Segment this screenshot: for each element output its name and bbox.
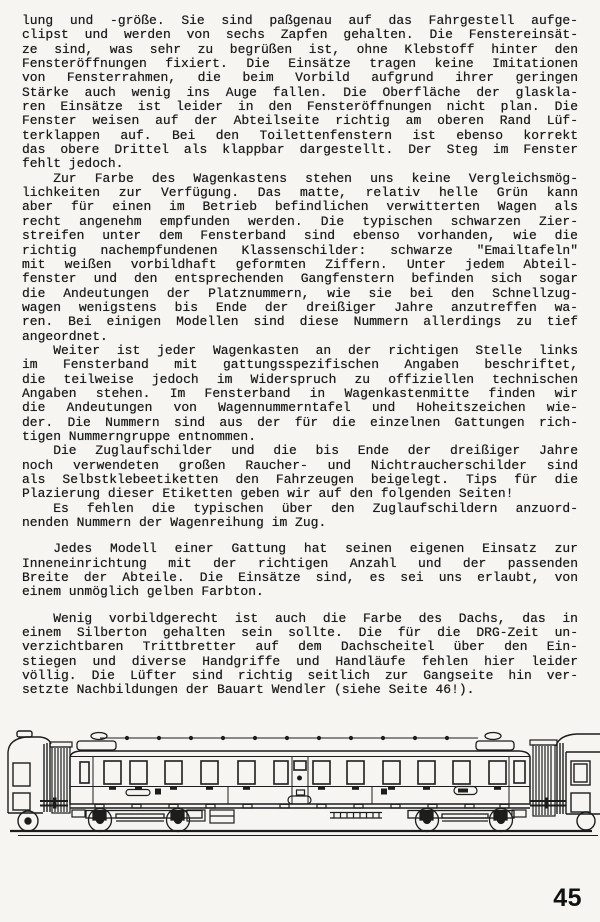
coach-windows [80, 761, 525, 784]
text-line: Fensteröffnungen fixiert. Die Einsätze t… [22, 57, 578, 71]
text-line: einem unmöglich gelben Farbton. [22, 585, 578, 599]
text-line: lichkeiten zur Verfügung. Das matte, rel… [22, 186, 578, 200]
page-number: 45 [553, 886, 582, 911]
body-text: lung und -größe. Sie sind paßgenau auf d… [22, 14, 578, 698]
text-line: fehlt jedoch. [22, 157, 578, 171]
text-line: nenden Nummern der Wagenreihung im Zug. [22, 516, 578, 530]
paragraph: Die Zuglaufschilder und die bis Ende der… [22, 444, 578, 501]
text-line: Breite der Abteile. Die Einsätze sind, e… [22, 571, 578, 585]
text-line: Angaben stehen. Im Fensterband in Wagenk… [22, 387, 578, 401]
text-line: das obere Drittel als klappbar dargestel… [22, 143, 578, 157]
text-line: fenster und den entsprechenden Gangfenst… [22, 272, 578, 286]
paragraph: Weiter ist jeder Wagenkasten an der rich… [22, 344, 578, 444]
text-line: die Andeutungen der Platznummern, wie si… [22, 287, 578, 301]
text-line: Es fehlen die typischen über den Zuglauf… [22, 502, 578, 516]
text-line: Weiter ist jeder Wagenkasten an der rich… [22, 344, 578, 358]
text-line: tigen Nummerngruppe entnommen. [22, 430, 578, 444]
paragraph: Es fehlen die typischen über den Zuglauf… [22, 502, 578, 531]
text-line: stiegen und diverse Handgriffe und Handl… [22, 655, 578, 669]
text-line: als Selbstklebeetiketten den Fahrzeugen … [22, 473, 578, 487]
text-line: Wenig vorbildgerecht ist auch die Farbe … [22, 612, 578, 626]
text-line: terklappen auf. Bei den Toilettenfenster… [22, 129, 578, 143]
paragraph: Jedes Modell einer Gattung hat seinen ei… [22, 542, 578, 599]
coach-drawing-figure [0, 716, 600, 846]
text-line: wagen wenigstens bis Ende der dreißiger … [22, 301, 578, 315]
text-line: clipst und werden von sechs Zapfen gehal… [22, 28, 578, 42]
text-line: streifen unter dem Fensterband sind eben… [22, 229, 578, 243]
text-line: Fenster weisen auf der Abteilseite richt… [22, 114, 578, 128]
text-line: von Fensterrahmen, die beim Vorbild aufg… [22, 71, 578, 85]
text-line: Inneneinrichtung mit der richtigen Anzah… [22, 557, 578, 571]
text-line: ze sind, was sehr zu begrüßen ist, ohne … [22, 43, 578, 57]
adjacent-coach-right [556, 734, 600, 830]
text-line: Zur Farbe des Wagenkastens stehen uns ke… [22, 172, 578, 186]
right-bogie [408, 809, 514, 832]
text-line: einem Silberton gehalten sein sollte. Di… [22, 626, 578, 640]
paragraph: Wenig vorbildgerecht ist auch die Farbe … [22, 612, 578, 698]
paragraph: Zur Farbe des Wagenkastens stehen uns ke… [22, 172, 578, 344]
text-line: mit weißen vorbildhaft geformten Ziffern… [22, 258, 578, 272]
text-line: die Andeutungen von Wagennummerntafel un… [22, 401, 578, 415]
text-line: die teilweise jedoch im Widerspruch zu o… [22, 373, 578, 387]
text-line: völlig. Die Lüfter sind richtig seitlich… [22, 669, 578, 683]
text-line: Die Zuglaufschilder und die bis Ende der… [22, 444, 578, 458]
adjacent-coach-left [8, 731, 51, 831]
text-line: Jedes Modell einer Gattung hat seinen ei… [22, 542, 578, 556]
text-line: Stärke auch wenig ins Auge fallen. Die O… [22, 86, 578, 100]
text-line: lung und -größe. Sie sind paßgenau auf d… [22, 14, 578, 28]
paragraph: lung und -größe. Sie sind paßgenau auf d… [22, 14, 578, 172]
text-line: der. Die Nummern sind aus der für die ei… [22, 416, 578, 430]
coach-side-view-drawing [0, 716, 600, 846]
text-line: aber für einen im Betrieb befindlichen v… [22, 200, 578, 214]
text-line: recht angenehm empfunden werden. Die typ… [22, 215, 578, 229]
text-line: verzichtbaren Trittbretter auf dem Dachs… [22, 640, 578, 654]
scanned-page: lung und -größe. Sie sind paßgenau auf d… [0, 0, 600, 922]
text-line: ren Einsätze ist leider in den Fensteröf… [22, 100, 578, 114]
text-line: Plazierung dieser Etiketten geben wir au… [22, 487, 578, 501]
text-line: noch verwendeten großen Raucher- und Nic… [22, 459, 578, 473]
text-line: setzte Nachbildungen der Bauart Wendler … [22, 683, 578, 697]
roof-ventilators [77, 733, 514, 751]
text-line: im Fensterband mit gattungsspezifischen … [22, 358, 578, 372]
text-line: richtig nachempfundenen Klassenschilder:… [22, 244, 578, 258]
text-line: ren. Bei einigen Modellen sind diese Num… [22, 315, 578, 329]
body-plates [109, 787, 501, 805]
left-bogie [86, 809, 202, 832]
text-line: angeordnet. [22, 330, 578, 344]
